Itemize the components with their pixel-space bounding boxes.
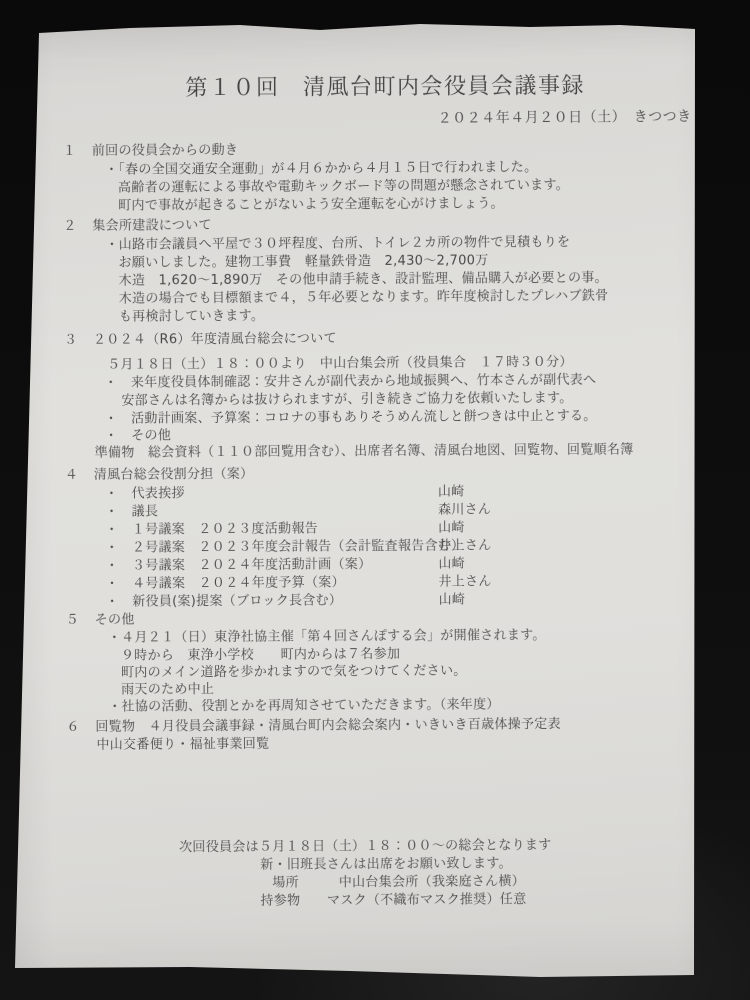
section-number: ２ bbox=[63, 218, 77, 235]
role-name: 井上さん bbox=[438, 537, 491, 554]
meeting-title: 第１０回 清風台町内会役員会議事録 bbox=[185, 69, 585, 102]
body-line: 安部さんは名簿からは抜けられますが、引き続きご協力を依頼いたします。 bbox=[121, 390, 572, 410]
body-line: お願いしました。建物工事費 軽量鉄骨造 2,430～2,700万 bbox=[118, 252, 488, 271]
document-content: 第１０回 清風台町内会役員会議事録 ２０２４年４月２０日（土） きつつき １前回… bbox=[0, 0, 750, 1000]
role-label: ・ ３号議案 ２０２４年度活動計画（案） bbox=[105, 557, 371, 574]
body-line: も再検討していきます。 bbox=[119, 308, 264, 326]
role-row: ・ ２号議案 ２０２３年度会計報告（会計監査報告含む）井上さん bbox=[105, 536, 665, 556]
role-row: ・ 新役員(案)提案（ブロック長含む）山崎 bbox=[106, 590, 666, 610]
body-line: 準備物 総会資料（１１０部回覧用含む）、出席者名簿、清風台地図、回覧物、回覧順名… bbox=[95, 441, 634, 461]
meeting-date: ２０２４年４月２０日（土） きつつき bbox=[438, 106, 692, 128]
role-row: ・ ３号議案 ２０２４年度活動計画（案）山崎 bbox=[105, 554, 665, 574]
body-line: 中山交番便り・福祉事業回覧 bbox=[96, 736, 269, 754]
body-line: ・「春の全国交通安全運動」が４月６かから４月１５日で行われました。 bbox=[105, 159, 538, 179]
role-label: ・ １号議案 ２０２３度活動報告 bbox=[105, 521, 318, 537]
body-line: ５月１８日（土）１８：００より 中山台集会所（役員集合 １７時３０分） bbox=[107, 354, 573, 374]
footer-line: 持参物 マスク（不織布マスク推奨）任意 bbox=[260, 891, 526, 910]
body-line: ・ その他 bbox=[105, 427, 172, 444]
body-line: 町内で事故が起きることがないよう安全運転を心がけましょう。 bbox=[118, 195, 504, 214]
role-row: ・ 議長森川さん bbox=[105, 500, 665, 520]
role-name: 山崎 bbox=[438, 519, 465, 536]
role-label: ・ 代表挨拶 bbox=[105, 486, 185, 501]
section-4-heading: ４清風台総会役割分担（案） bbox=[65, 466, 254, 484]
section-number: ３ bbox=[64, 332, 78, 349]
section-number: ６ bbox=[66, 719, 80, 736]
section-heading-text: その他 bbox=[95, 612, 135, 627]
section-heading-text: 集会所建設について bbox=[92, 218, 212, 234]
role-label: ・ ２号議案 ２０２３年度会計報告（会計監査報告含む） bbox=[105, 538, 464, 555]
body-line: ・４月２１（日）東浄社協主催「第４回さんぽする会」が開催されます。 bbox=[108, 627, 546, 647]
section-heading-text: 回覧物 ４月役員会議事録・清風台町内会総会案内・いきいき百歳体操予定表 bbox=[95, 717, 561, 735]
section-1-heading: １前回の役員会からの動き bbox=[63, 142, 238, 160]
section-number: ４ bbox=[65, 467, 79, 484]
photo-background: 第１０回 清風台町内会役員会議事録 ２０２４年４月２０日（土） きつつき １前回… bbox=[0, 0, 750, 1000]
section-5-heading: ５その他 bbox=[66, 611, 135, 628]
body-line: 町内のメイン道路を歩かれますので気をつけてください。 bbox=[121, 662, 467, 681]
role-row: ・ １号議案 ２０２３度活動報告山崎 bbox=[105, 518, 665, 538]
role-name: 山崎 bbox=[439, 591, 466, 608]
role-label: ・ 新役員(案)提案（ブロック長含む） bbox=[106, 593, 343, 609]
section-6-heading: ６回覧物 ４月役員会議事録・清風台町内会総会案内・いきいき百歳体操予定表 bbox=[66, 716, 561, 736]
role-name: 山崎 bbox=[438, 555, 465, 572]
section-3-heading: ３２０２４（R6）年度清風台総会について bbox=[64, 330, 337, 349]
footer-line: 次回役員会は５月１８日（土）１８：００～の総会となります bbox=[179, 837, 552, 856]
body-line: ・山路市会議員へ平屋で３０坪程度、台所、トイレ２カ所の物件で見積もりを bbox=[105, 234, 570, 254]
footer-line: 新・旧班長さんは出席をお願い致します。 bbox=[260, 855, 512, 874]
paper: 第１０回 清風台町内会役員会議事録 ２０２４年４月２０日（土） きつつき １前回… bbox=[0, 0, 750, 1000]
section-heading-text: 清風台総会役割分担（案） bbox=[94, 467, 254, 483]
section-number: １ bbox=[63, 143, 77, 160]
body-line: ９時から 東浄小学校 町内からは７名参加 bbox=[121, 646, 400, 665]
role-name: 森川さん bbox=[438, 501, 491, 518]
section-number: ５ bbox=[66, 612, 80, 629]
section-heading-text: ２０２４（R6）年度清風台総会について bbox=[93, 331, 337, 347]
role-name: 山崎 bbox=[438, 483, 465, 500]
body-line: 木造 1,620～1,890万 その他申請手続き、設計監理、備品購入が必要との事… bbox=[119, 270, 608, 290]
role-name: 井上さん bbox=[438, 573, 491, 590]
role-row: ・ 代表挨拶山崎 bbox=[105, 482, 665, 502]
section-2-heading: ２集会所建設について bbox=[63, 217, 212, 235]
body-line: ・社協の活動、役割とかを再周知させていただきます。（来年度） bbox=[108, 696, 500, 715]
role-label: ・ ４号議案 ２０２４年度予算（案） bbox=[105, 575, 344, 591]
section-heading-text: 前回の役員会からの動き bbox=[92, 143, 238, 159]
body-line: ・ 活動計画案、予算案：コロナの事もありそうめん流しと餅つきは中止とする。 bbox=[104, 408, 596, 428]
body-line: 雨天のため中止 bbox=[121, 681, 214, 699]
footer-line: 場所 中山台集会所（我楽庭さん横） bbox=[272, 873, 525, 892]
body-line: 高齢者の運転による事故や電動キックボード等の問題が懸念されています。 bbox=[118, 177, 569, 197]
role-label: ・ 議長 bbox=[105, 504, 158, 519]
body-line: 木造の場合でも目標額まで４，５年必要となります。昨年度検討したプレハブ鉄骨 bbox=[119, 288, 609, 308]
role-row: ・ ４号議案 ２０２４年度予算（案）井上さん bbox=[105, 572, 665, 592]
body-line: ・ 来年度役員体制確認：安井さんが副代表から地域振興へ、竹本さんが副代表へ bbox=[104, 372, 596, 392]
